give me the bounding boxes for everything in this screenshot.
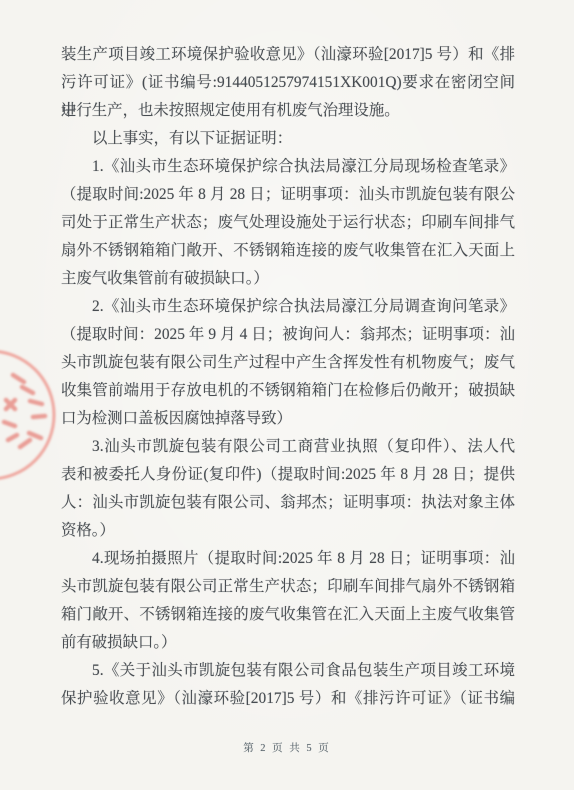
text-line: （提取时间:2025 年 8 月 28 日；证明事项：汕头市凯旋包装有限公 (61, 181, 515, 209)
text-line: （提取时间：2025 年 9 月 4 日；被询问人：翁邦杰；证明事项：汕 (61, 321, 515, 349)
text-line: 箱门敞开、不锈钢箱连接的废气收集管在汇入天面上主废气收集管 (61, 601, 515, 629)
official-seal-icon (0, 344, 64, 490)
text-line: 主废气收集管前有破损缺口。） (61, 265, 515, 293)
text-line: 保护验收意见》（汕濠环验[2017]5 号）和《排污许可证》（证书编 (61, 685, 515, 713)
document-body: 装生产项目竣工环境保护验收意见》（汕濠环验[2017]5 号）和《排污许可证》(… (61, 41, 515, 713)
text-line: 1.《汕头市生态环境保护综合执法局濠江分局现场检查笔录》 (61, 153, 515, 181)
text-line: 4.现场拍摄照片（提取时间:2025 年 8 月 28 日；证明事项：汕 (61, 545, 515, 573)
text-line: 进行生产，也未按照规定使用有机废气治理设施。 (61, 97, 515, 125)
text-line: 装生产项目竣工环境保护验收意见》（汕濠环验[2017]5 号）和《排 (61, 41, 515, 69)
text-line: 人：汕头市凯旋包装有限公司、翁邦杰；证明事项：执法对象主体 (61, 489, 515, 517)
text-line: 5.《关于汕头市凯旋包装有限公司食品包装生产项目竣工环境 (61, 657, 515, 685)
text-line: 头市凯旋包装有限公司正常生产状态；印刷车间排气扇外不锈钢箱 (61, 573, 515, 601)
text-line: 扇外不锈钢箱箱门敞开、不锈钢箱连接的废气收集管在汇入天面上 (61, 237, 515, 265)
page-number: 第 2 页 共 5 页 (0, 740, 574, 755)
text-line: 收集管前端用于存放电机的不锈钢箱箱门在检修后仍敞开；破损缺 (61, 377, 515, 405)
text-line: 口为检测口盖板因腐蚀掉落导致） (61, 405, 515, 433)
text-line: 污许可证》(证书编号:9144051257974151XK001Q)要求在密闭空… (61, 69, 515, 97)
text-line: 资格。） (61, 517, 515, 545)
text-line: 2.《汕头市生态环境保护综合执法局濠江分局调查询问笔录》 (61, 293, 515, 321)
text-line: 头市凯旋包装有限公司生产过程中产生含挥发性有机物废气；废气 (61, 349, 515, 377)
text-line: 以上事实，有以下证据证明： (61, 125, 515, 153)
text-line: 3.汕头市凯旋包装有限公司工商营业执照（复印件）、法人代 (61, 433, 515, 461)
text-line: 司处于正常生产状态；废气处理设施处于运行状态；印刷车间排气 (61, 209, 515, 237)
text-line: 表和被委托人身份证(复印件)（提取时间:2025 年 8 月 28 日；提供 (61, 461, 515, 489)
document-page: 装生产项目竣工环境保护验收意见》（汕濠环验[2017]5 号）和《排污许可证》(… (0, 0, 574, 790)
text-line: 前有破损缺口。） (61, 629, 515, 657)
